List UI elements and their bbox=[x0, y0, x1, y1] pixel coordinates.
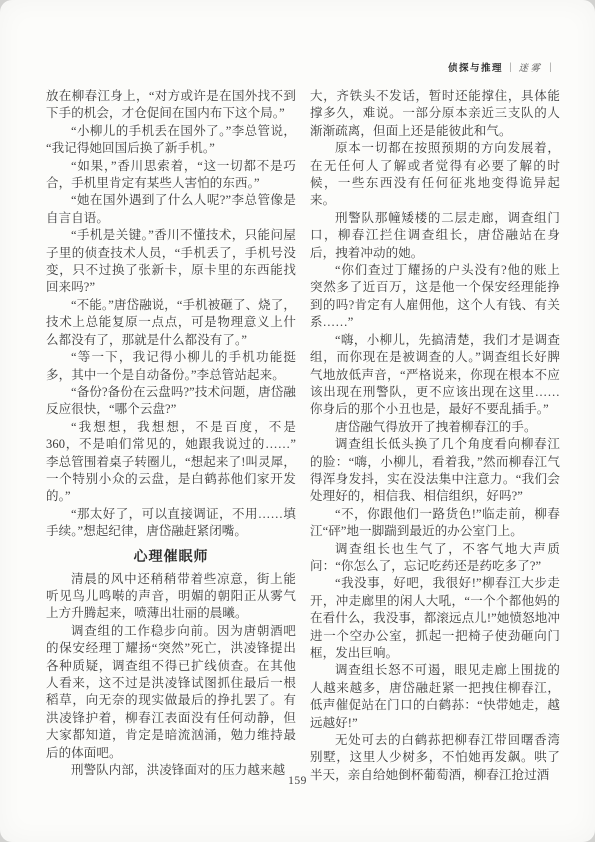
page-number: 159 bbox=[0, 775, 595, 787]
paragraph: 放在柳春江身上，“对方或许是在国外找不到下手的机会，才仓促间在国内布下这个局。” bbox=[46, 88, 296, 123]
right-column: 大，齐铁头不发话，暂时还能撑住，具体能撑多久，难说。一部分原本亲近三支队的人渐渐… bbox=[310, 88, 560, 784]
paragraph: “我想想，我想想，不是百度，不是360，不是咱们常见的，她跟我说过的……”李总管… bbox=[46, 419, 296, 506]
paragraph: “不能。”唐岱融说，“手机被砸了、烧了，技术上总能复原一点点，可是物理意义上什么… bbox=[46, 297, 296, 349]
paragraph: “嗨，小柳儿，先搞清楚，我们才是调查组，而你现在是被调查的人。”调查组长好脾气地… bbox=[310, 332, 560, 419]
paragraph: 清晨的风中还稍稍带着些凉意，街上能听见鸟儿鸣啭的声音，明媚的朝阳正从雾气上方升腾… bbox=[46, 571, 296, 623]
paragraph: “小柳儿的手机丢在国外了。”李总管说，“我记得她回国后换了新手机。” bbox=[46, 123, 296, 158]
paragraph: “我没事，好吧，我很好!”柳春江大步走开，冲走廊里的闲人大吼，“一个个都他妈的在… bbox=[310, 575, 560, 662]
text-columns: 放在柳春江身上，“对方或许是在国外找不到下手的机会，才仓促间在国内布下这个局。”… bbox=[46, 88, 560, 784]
paragraph: 原本一切都在按照预期的方向发展着，在无任何人了解或者觉得有必要了解的时候，一些东… bbox=[310, 140, 560, 210]
story-title: 迷雾 bbox=[518, 64, 542, 74]
paragraph: 调查组长怒不可遏，眼见走廊上围拢的人越来越多，唐岱融赶紧一把拽住柳春江，低声催促… bbox=[310, 662, 560, 732]
running-header: 侦探与推理｜迷雾｜ bbox=[448, 62, 558, 76]
paragraph: “备份?备份在云盘吗?”技术问题，唐岱融反应很快，“哪个云盘?” bbox=[46, 384, 296, 419]
paragraph: 调查组的工作稳步向前。因为唐朝酒吧的保安经理丁耀扬“突然”死亡，洪凌锋提出各种质… bbox=[46, 623, 296, 762]
paragraph: “她在国外遇到了什么人呢?”李总管像是自言自语。 bbox=[46, 192, 296, 227]
left-column: 放在柳春江身上，“对方或许是在国外找不到下手的机会，才仓促间在国内布下这个局。”… bbox=[46, 88, 296, 784]
paragraph: “如果，”香川思索着，“这一切都不是巧合，手机里肯定有某些人害怕的东西。” bbox=[46, 158, 296, 193]
paragraph: “手机是关键。”香川不懂技术，只能问屋子里的侦查技术人员，“手机丢了，手机号没变… bbox=[46, 227, 296, 297]
header-divider: ｜ bbox=[545, 64, 555, 74]
paragraph: “你们查过丁耀扬的户头没有?他的账上突然多了近百万，这是他一个保安经理能挣到的吗… bbox=[310, 262, 560, 332]
header-divider: ｜ bbox=[506, 64, 516, 74]
section-heading: 心理催眠师 bbox=[46, 547, 296, 566]
paragraph: 调查组长低头换了几个角度看向柳春江的脸：“嗨，小柳儿，看着我，”然而柳春江气得浑… bbox=[310, 436, 560, 506]
book-page: 侦探与推理｜迷雾｜ 放在柳春江身上，“对方或许是在国外找不到下手的机会，才仓促间… bbox=[0, 0, 595, 842]
paragraph: 刑警队那幢矮楼的二层走廊，调查组门口，柳春江拦住调查组长，唐岱融站在身后，拽着冲… bbox=[310, 210, 560, 262]
paragraph: “那太好了，可以直接调证，不用……填手续。”想起纪律，唐岱融赶紧闭嘴。 bbox=[46, 506, 296, 541]
paragraph: “等一下，我记得小柳儿的手机功能挺多，其中一个是自动备份。”李总管站起来。 bbox=[46, 349, 296, 384]
paragraph: 唐岱融气得放开了拽着柳春江的手。 bbox=[310, 419, 560, 436]
paragraph: 调查组长也生气了，不客气地大声质问：“你怎么了，忘记吃药还是药吃多了?” bbox=[310, 541, 560, 576]
paragraph: 大，齐铁头不发话，暂时还能撑住，具体能撑多久，难说。一部分原本亲近三支队的人渐渐… bbox=[310, 88, 560, 140]
paragraph: “不，你跟他们一路货色!”临走前，柳春江“砰”地一脚踹到最近的办公室门上。 bbox=[310, 506, 560, 541]
series-title: 侦探与推理 bbox=[448, 63, 503, 74]
